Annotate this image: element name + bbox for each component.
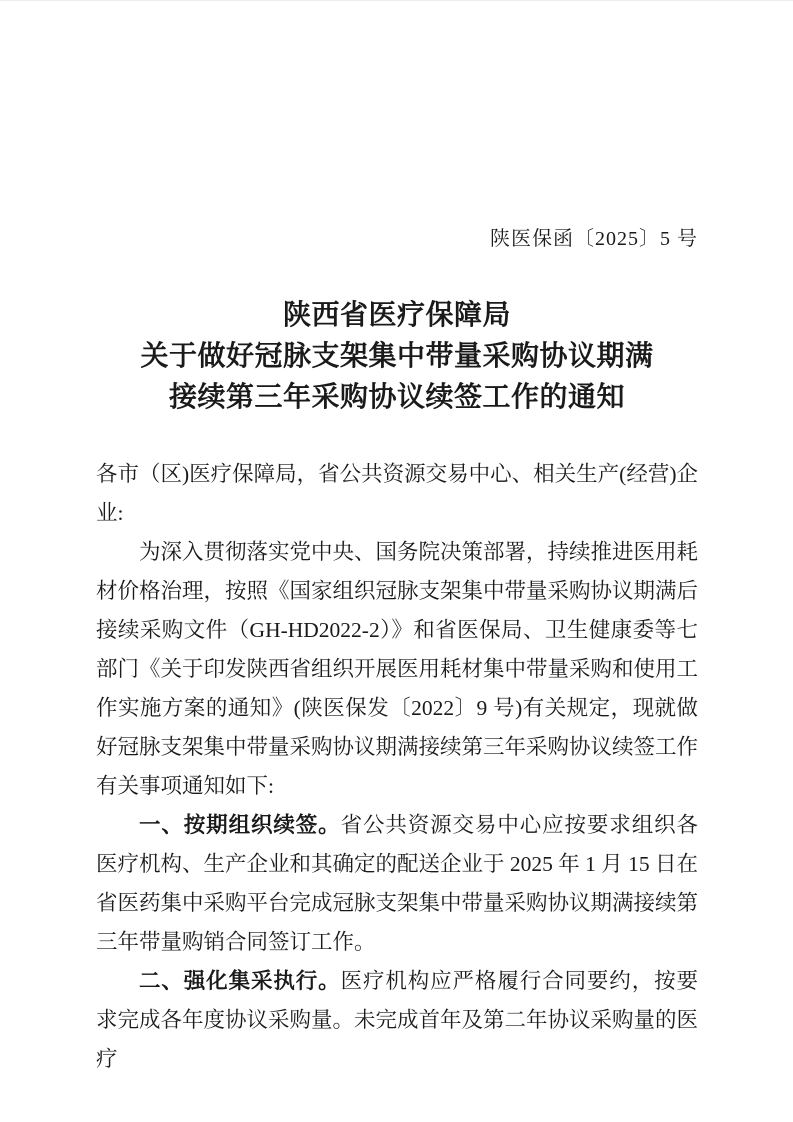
document-content: 陕医保函〔2025〕5 号 陕西省医疗保障局 关于做好冠脉支架集中带量采购协议期… — [96, 1, 698, 1079]
document-body: 各市（区)医疗保障局，省公共资源交易中心、相关生产(经营)企业: 为深入贯彻落实… — [96, 455, 698, 1079]
paragraph-1-text: 为深入贯彻落实党中央、国务院决策部署，持续推进医用耗材价格治理，按照《国家组织冠… — [96, 540, 698, 798]
paragraph-2-lead: 一、按期组织续签。 — [139, 813, 341, 837]
salutation: 各市（区)医疗保障局，省公共资源交易中心、相关生产(经营)企业: — [96, 455, 698, 533]
title-line-1: 陕西省医疗保障局 — [96, 295, 698, 336]
title-line-3: 接续第三年采购协议续签工作的通知 — [96, 377, 698, 418]
paragraph-3-lead: 二、强化集采执行。 — [139, 969, 341, 993]
body-paragraph-2: 一、按期组织续签。省公共资源交易中心应按要求组织各医疗机构、生产企业和其确定的配… — [96, 806, 698, 962]
document-page: 陕医保函〔2025〕5 号 陕西省医疗保障局 关于做好冠脉支架集中带量采购协议期… — [0, 0, 793, 1122]
body-paragraph-3: 二、强化集采执行。医疗机构应严格履行合同要约，按要求完成各年度协议采购量。未完成… — [96, 962, 698, 1079]
title-line-2: 关于做好冠脉支架集中带量采购协议期满 — [96, 336, 698, 377]
body-paragraph-1: 为深入贯彻落实党中央、国务院决策部署，持续推进医用耗材价格治理，按照《国家组织冠… — [96, 533, 698, 806]
document-title: 陕西省医疗保障局 关于做好冠脉支架集中带量采购协议期满 接续第三年采购协议续签工… — [96, 295, 698, 418]
document-number: 陕医保函〔2025〕5 号 — [96, 225, 698, 253]
